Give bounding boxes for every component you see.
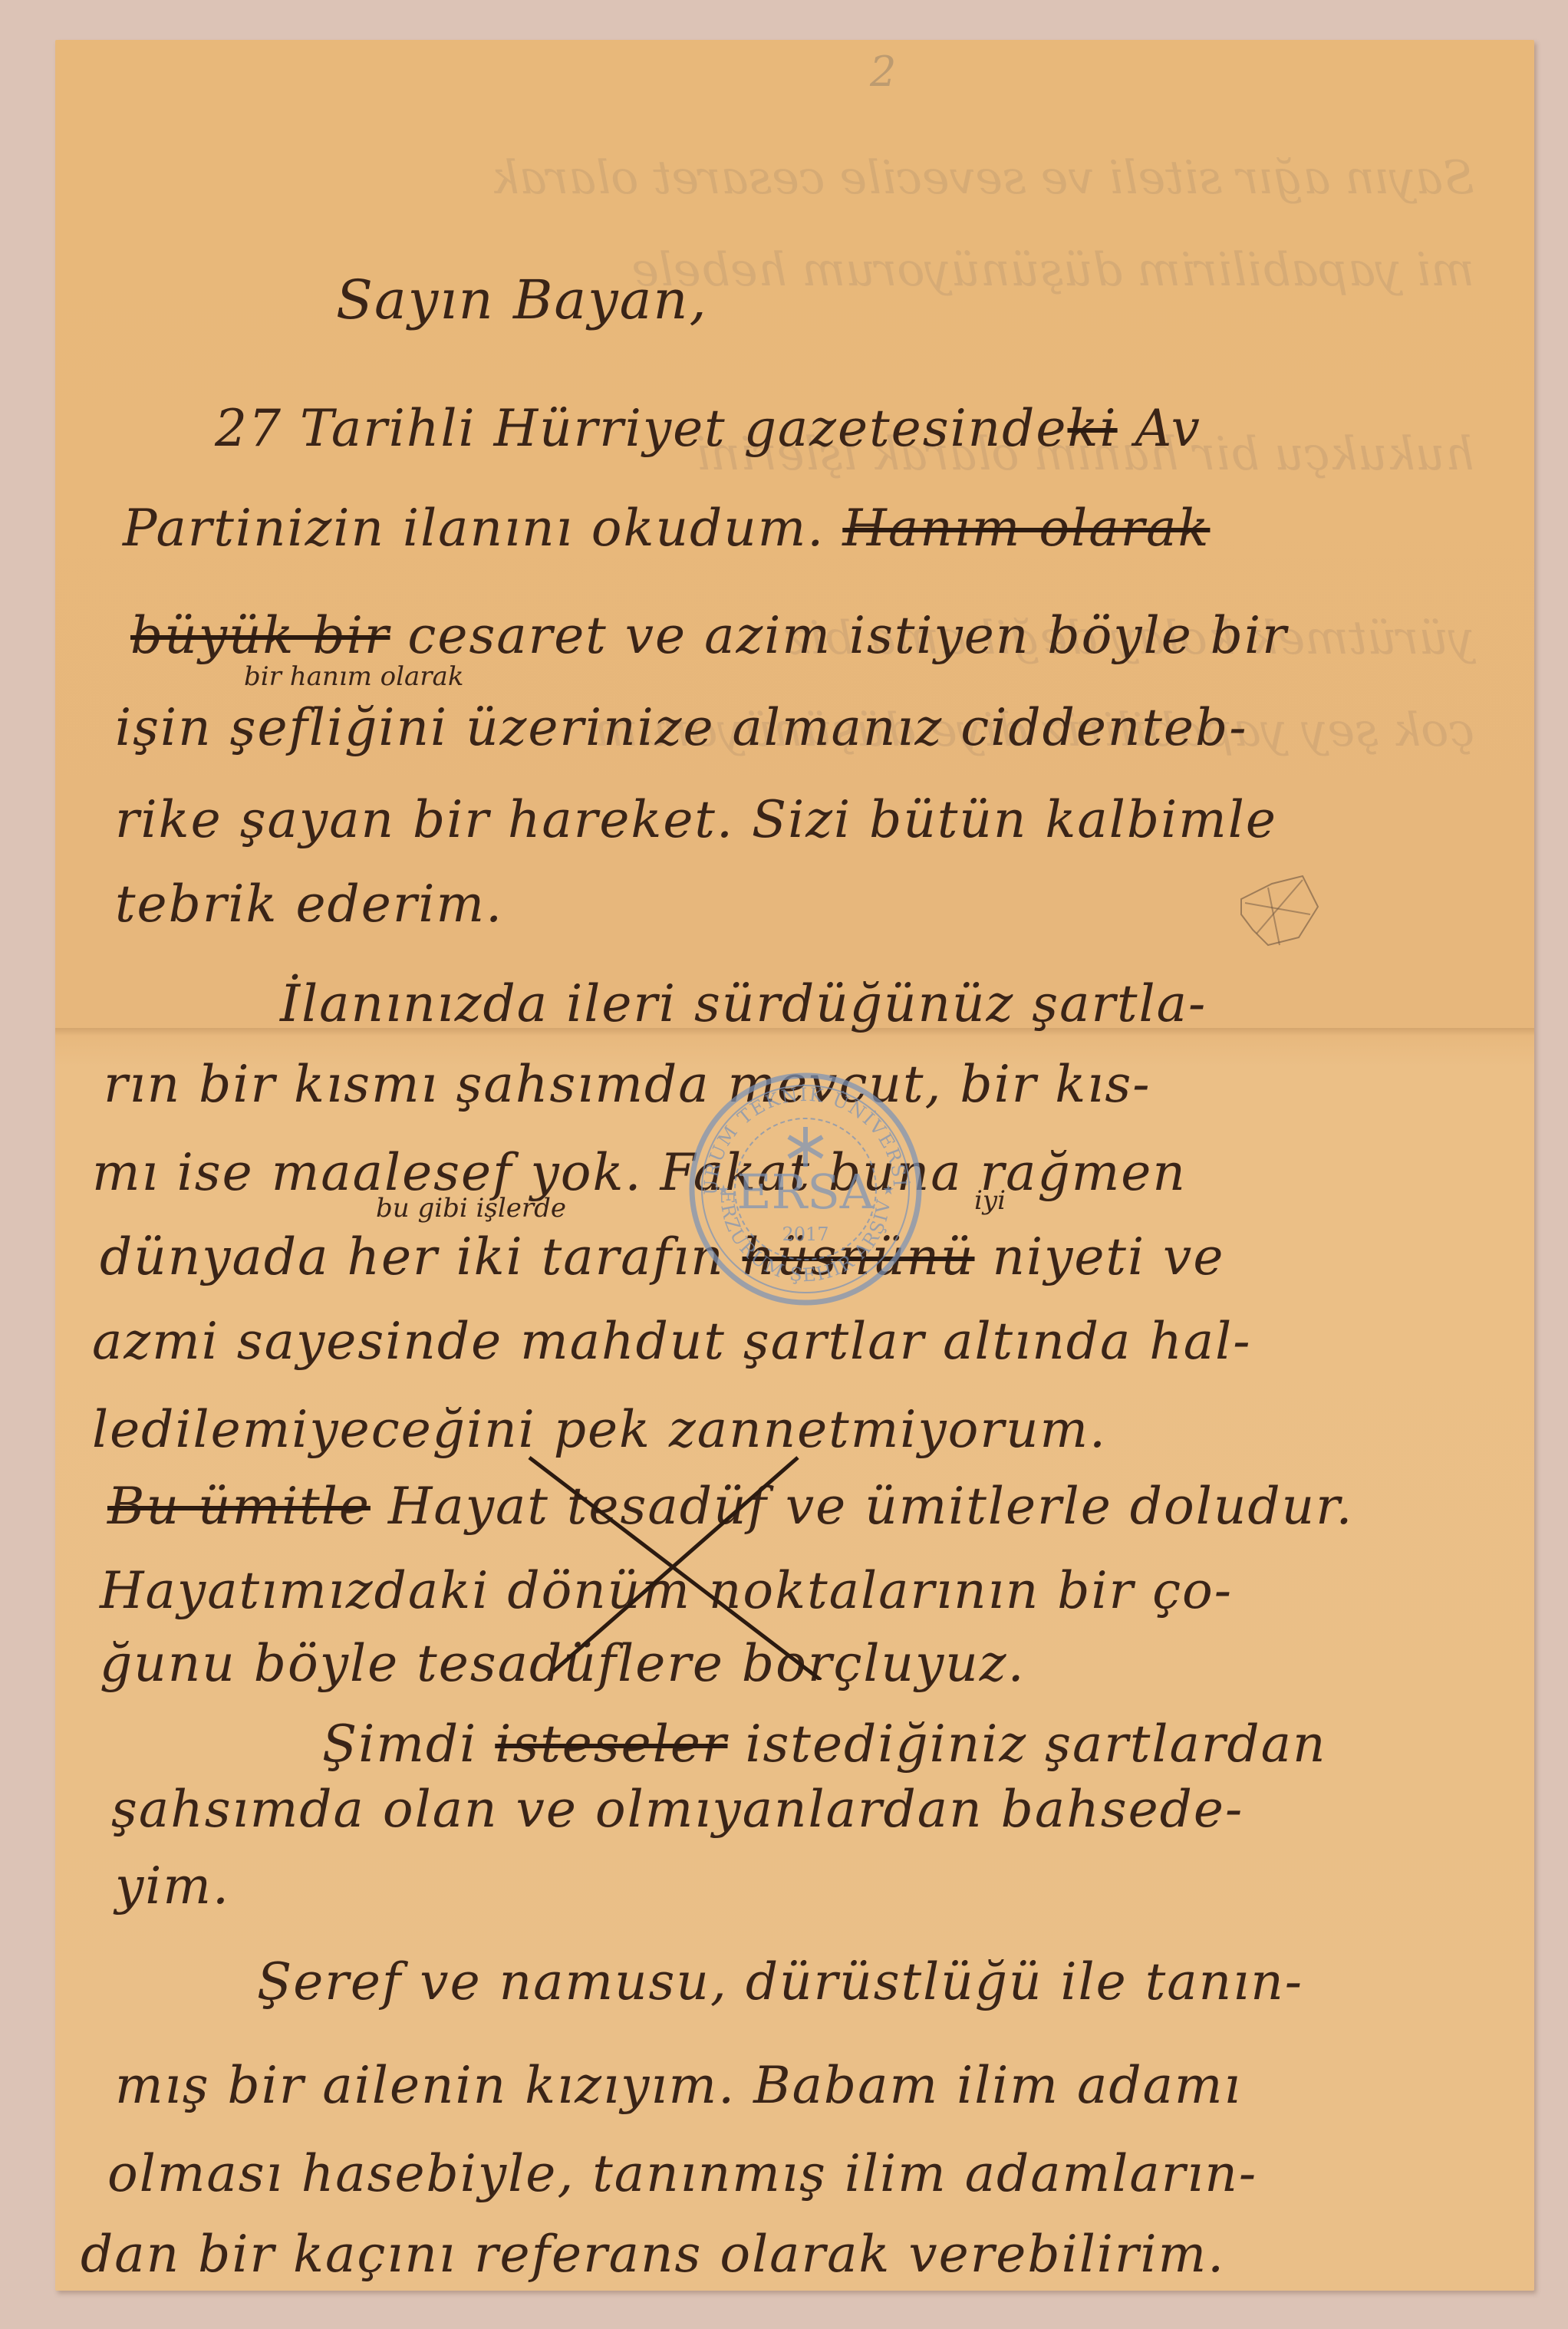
letter-line-22: dan bir kaçını referans olarak verebilir… [81, 2225, 1225, 2284]
letter-line-7: İlanınızda ileri sürdüğünüz şartla- [280, 974, 1207, 1033]
insertion-iyi: iyi [974, 1185, 1006, 1216]
stamp-center-text: ERSA [736, 1164, 875, 1220]
letter-line-21: olması hasebiyle, tanınmış ilim adamları… [107, 2144, 1257, 2203]
ersa-archive-stamp: ERZURUM TEKNİK ÜNİVERSİTESİ ERZURUM ŞEHİ… [687, 1070, 924, 1308]
letter-line-4: işin şefliğini üzerinize almanız ciddent… [115, 698, 1248, 757]
letter-line-1: 27 Tarihli Hürriyet gazetesindeki Av [215, 399, 1201, 458]
letter-line-9: mı ise maalesef yok. Fakat buna rağmen [92, 1143, 1187, 1202]
snowflake-icon [789, 1127, 822, 1167]
letter-line-2: Partinizin ilanını okudum. Hanım olarak [123, 499, 1210, 558]
letter-line-8: rın bir kısmı şahsımda mevcut, bir kıs- [104, 1055, 1151, 1114]
letter-line-18: yim. [115, 1856, 230, 1916]
stamp-year: 2017 [782, 1224, 828, 1245]
cross-out-x-mark [460, 1450, 875, 1680]
letter-line-20: mış bir ailenin kızıyım. Babam ilim adam… [115, 2056, 1242, 2115]
star-icon: ★ [882, 1182, 894, 1198]
letter-line-6: tebrik ederim. [115, 875, 503, 934]
pencil-doodle-icon [1226, 868, 1326, 953]
salutation: Sayın Bayan, [336, 268, 708, 331]
letter-line-10: dünyada her iki tarafın hüsnünü niyeti v… [100, 1227, 1224, 1286]
letter-line-5: rike şayan bir hareket. Sizi bütün kalbi… [115, 790, 1277, 849]
letter-line-11: azmi sayesinde mahdut şartlar altında ha… [92, 1312, 1252, 1371]
letter-line-16: Şimdi isteseler istediğiniz şartlardan [322, 1715, 1327, 1774]
letter-line-17: şahsımda olan ve olmıyanlardan bahsede- [111, 1780, 1244, 1839]
insertion-bir-hanim-olarak: bir hanım olarak [244, 661, 463, 692]
letter-line-19: Şeref ve namusu, dürüstlüğü ile tanın- [257, 1952, 1303, 2011]
star-icon: ★ [717, 1182, 730, 1198]
letter-line-3: büyük bir cesaret ve azim istiyen böyle … [130, 606, 1288, 665]
insertion-bu-gibi-islerde: bu gibi işlerde [376, 1193, 566, 1224]
page-number: 2 [870, 48, 896, 96]
